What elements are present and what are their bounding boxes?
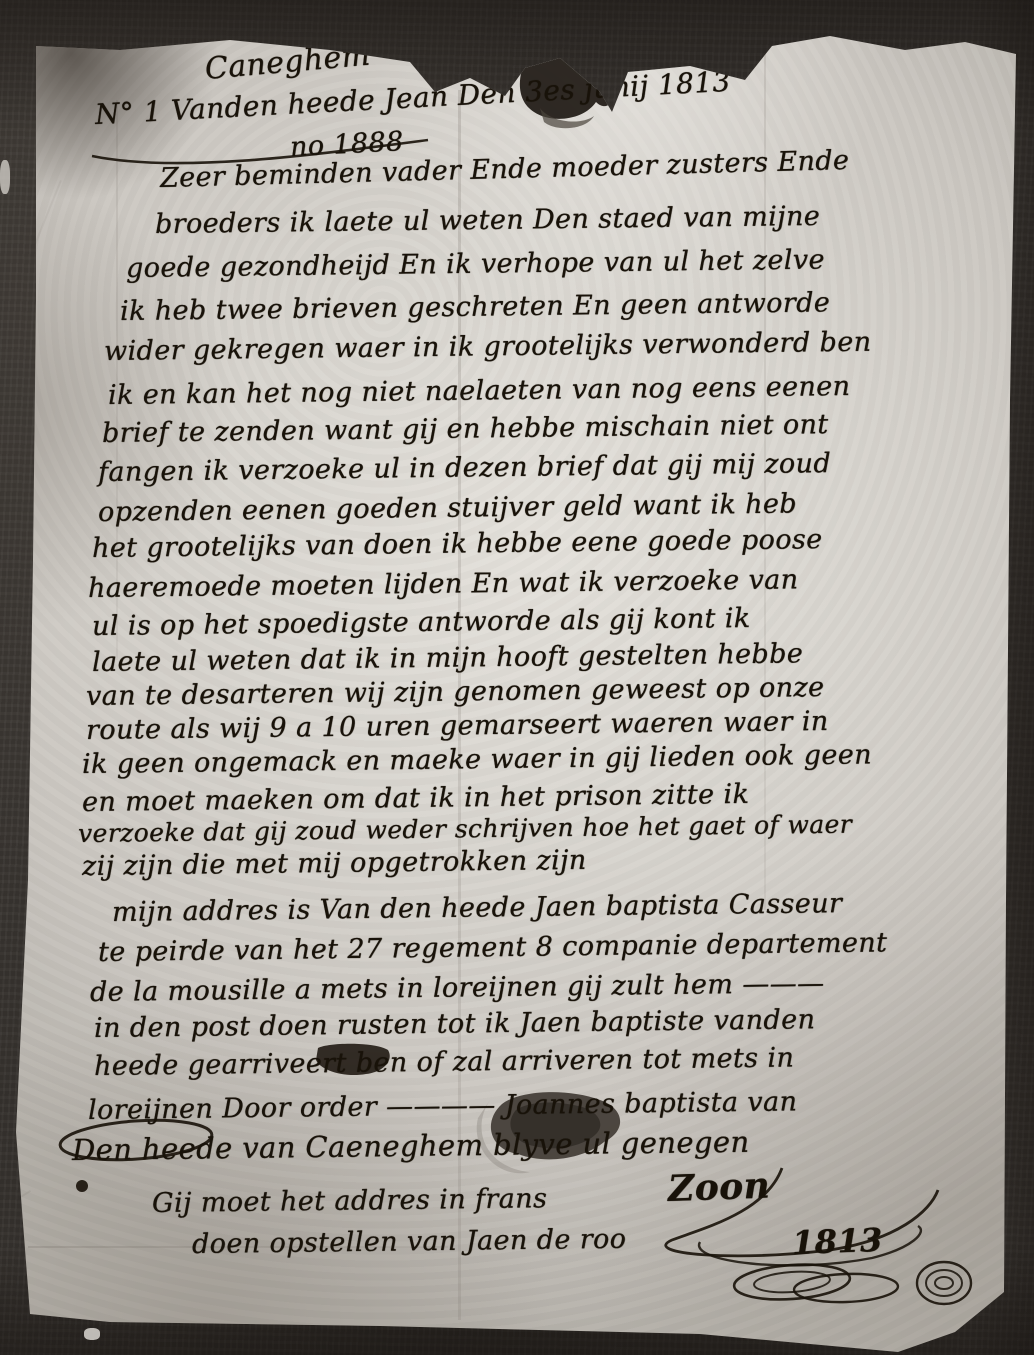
letter-line: route als wij 9 a 10 uren gemarseert wae… — [86, 706, 829, 746]
letter-line: van te desarteren wij zijn genomen gewee… — [86, 672, 825, 712]
letter-body: CaneghemN° 1 Vanden heede Jean Den 3es j… — [0, 0, 1034, 1355]
letter-line: doen opstellen van Jaen de roo — [192, 1224, 627, 1260]
backdrop-speck — [0, 160, 10, 194]
letter-line: Gij moet het addres in frans — [152, 1183, 548, 1219]
letter-line: te peirde van het 27 regement 8 companie… — [98, 927, 888, 968]
letter-line: zij zijn die met mij opgetrokken zijn — [82, 845, 587, 882]
letter-line: het grootelijks van doen ik hebbe eene g… — [92, 524, 823, 564]
letter-line: opzenden eenen goeden stuijver geld want… — [98, 488, 797, 528]
letter-line: ik geen ongemack en maeke waer in gij li… — [82, 739, 872, 780]
letter-paper: CaneghemN° 1 Vanden heede Jean Den 3es j… — [0, 0, 1034, 1355]
letter-line: in den post doen rusten tot ik Jaen bapt… — [94, 1004, 816, 1044]
year-numeral: 1813 — [791, 1221, 883, 1262]
letter-photograph: { "photo": { "backdrop_color": "#3a3632"… — [0, 0, 1034, 1355]
letter-line: haeremoede moeten lijden En wat ik verzo… — [88, 564, 799, 604]
letter-line: laete ul weten dat ik in mijn hooft gest… — [92, 638, 804, 678]
letter-line: mijn addres is Van den heede Jaen baptis… — [112, 888, 843, 928]
letter-line: goede gezondheijd En ik verhope van ul h… — [126, 244, 825, 284]
letter-line: ul is op het spoedigste antworde als gij… — [92, 603, 751, 642]
letter-line: broeders ik laete ul weten Den staed van… — [155, 201, 821, 240]
letter-line: fangen ik verzoeke ul in dezen brief dat… — [98, 448, 831, 488]
letter-line: wider gekregen waer in ik grootelijks ve… — [104, 327, 872, 367]
letter-line: Zeer beminden vader Ende moeder zusters … — [160, 145, 850, 194]
letter-line: ik heb twee brieven geschreten En geen a… — [120, 287, 831, 327]
letter-line: loreijnen Door order ———— Joannes baptis… — [88, 1086, 798, 1126]
letter-line: Den heede van Caeneghem blyve ul genegen — [72, 1125, 750, 1167]
signature-word: Zoon — [667, 1164, 770, 1210]
letter-line: N° 1 Vanden heede Jean Den 3es junij 181… — [94, 65, 731, 131]
letter-line: ik en kan het nog niet naelaeten van nog… — [108, 371, 851, 411]
backdrop-speck — [84, 1328, 100, 1340]
letter-line: heede gearriveert ben of zal arriveren t… — [94, 1042, 795, 1082]
letter-line: de la mousille a mets in loreijnen gij z… — [90, 968, 825, 1008]
letter-line: brief te zenden want gij en hebbe mischa… — [102, 409, 829, 449]
